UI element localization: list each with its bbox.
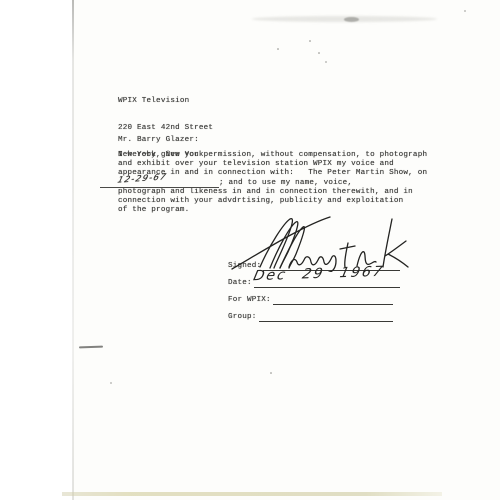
handwritten-show-date: 12-29-67 (116, 173, 167, 185)
body-line: I hereby give you permission, without co… (118, 151, 427, 160)
scan-speck (110, 382, 112, 384)
page-bottom-edge (62, 492, 442, 496)
date-label: Date: (228, 278, 254, 288)
scan-speck (318, 52, 320, 54)
salutation: Mr. Barry Glazer: (118, 136, 199, 145)
scan-speck (464, 10, 466, 12)
address-line-2: 220 East 42nd Street (118, 124, 213, 133)
signature-handwriting-murray-the-k (230, 210, 410, 272)
show-date-blank-line: 12-29-67 (100, 178, 219, 188)
letter-body: I hereby give you permission, without co… (118, 151, 427, 215)
group-label: Group: (228, 312, 259, 322)
for-wpix-row: For WPIX: (228, 288, 400, 305)
date-blank-line (254, 287, 400, 288)
scan-speck (270, 372, 272, 374)
for-wpix-blank-line (273, 304, 393, 305)
scan-speck (325, 61, 327, 63)
for-wpix-label: For WPIX: (228, 295, 273, 305)
group-blank-line (259, 321, 393, 322)
address-line-1: WPIX Television (118, 97, 213, 106)
scanned-letter-photo: WPIX Television 220 East 42nd Street New… (0, 0, 500, 500)
body-line-with-blank: 12-29-67; and to use my name, voice, (118, 178, 427, 188)
body-line: photograph and likeness in and in connec… (118, 188, 427, 197)
group-row: Group: (228, 305, 400, 322)
scan-speck (309, 40, 311, 42)
scan-speck (277, 48, 279, 50)
body-line: and exhibit over your television station… (118, 160, 427, 169)
scan-smudge (344, 17, 359, 22)
page-left-edge (72, 0, 74, 500)
body-line: connection with your advdrtising, public… (118, 197, 427, 206)
body-line: ; and to use my name, voice, (219, 179, 352, 187)
